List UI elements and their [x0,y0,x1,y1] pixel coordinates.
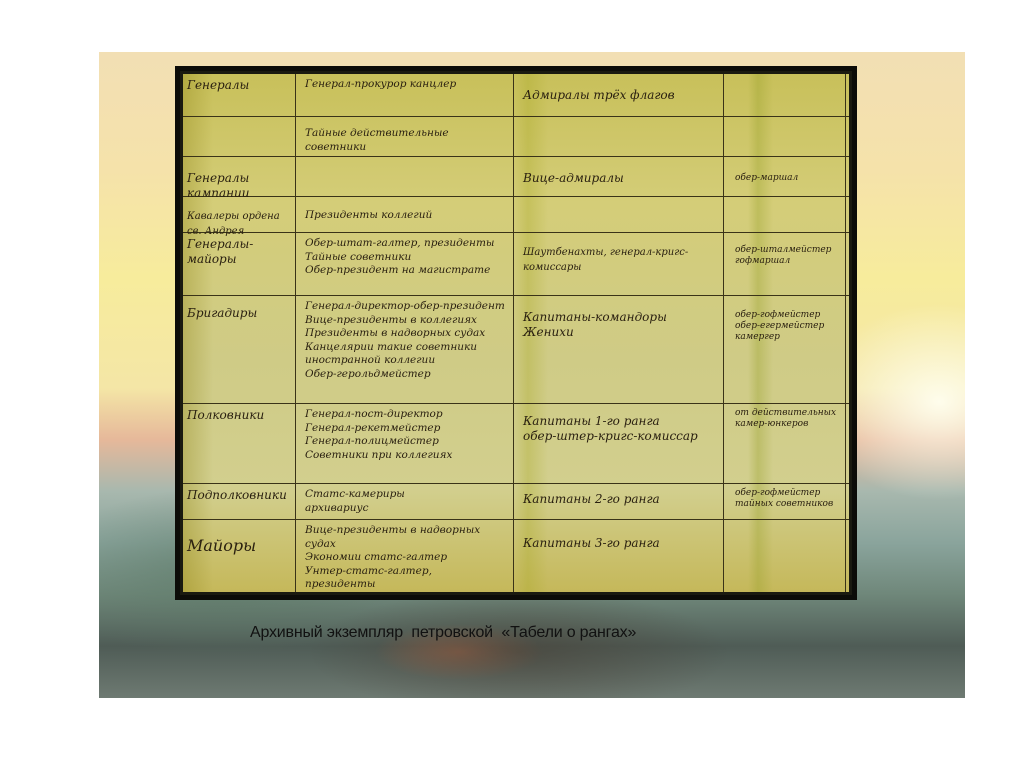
civil-rank: Президенты коллегий [305,209,505,223]
table-row: Тайные действительные советники [183,117,849,157]
civil-rank: Генерал-пост-директор Генерал-рекетмейст… [305,408,505,462]
military-rank: Полковники [187,408,295,423]
table-row: Генералы Генерал-прокурор канцлер Адмира… [183,74,849,117]
civil-rank: Вице-президенты в надворных судах Эконом… [305,524,505,592]
slide-caption: Архивный экземпляр петровской «Табели о … [250,624,790,642]
civil-rank: Генерал-директор-обер-президент Вице-пре… [305,300,505,381]
naval-rank: Адмиралы трёх флагов [523,88,723,103]
military-rank: Генералы [187,78,295,93]
table-row: Полковники Генерал-пост-директор Генерал… [183,404,849,484]
table-row: Подполковники Статс-камериры архивариус … [183,484,849,520]
table-row: Майоры Вице-президенты в надворных судах… [183,520,849,590]
table-row: Бригадиры Генерал-директор-обер-президен… [183,296,849,404]
naval-rank: Капитаны-командоры Женихи [523,310,723,340]
court-rank: обер-шталмейстер гофмаршал [735,245,845,267]
table-of-ranks-document: Генералы Генерал-прокурор канцлер Адмира… [183,74,849,592]
naval-rank: Шаутбенахты, генерал-кригс-комиссары [523,245,723,275]
civil-rank: Статс-камериры архивариус [305,488,505,515]
court-rank: обер-маршал [735,173,845,184]
military-rank: Подполковники [187,488,295,503]
court-rank: от действительных камер-юнкеров [735,408,845,430]
table-row: Кавалеры ордена св. Андрея Президенты ко… [183,197,849,233]
table-row: Генералы-майоры Обер-штат-галтер, презид… [183,233,849,296]
military-rank: Майоры [187,538,295,553]
court-rank: обер-гофмейстер тайных советников [735,488,845,510]
naval-rank: Капитаны 2-го ранга [523,492,723,507]
naval-rank: Капитаны 3-го ранга [523,536,723,551]
table-row: Генералы кампании Вице-адмиралы обер-мар… [183,157,849,197]
civil-rank: Генерал-прокурор канцлер [305,78,505,92]
naval-rank: Капитаны 1-го ранга обер-штер-кригс-коми… [523,414,723,444]
naval-rank: Вице-адмиралы [523,171,723,186]
military-rank: Генералы-майоры [187,237,295,267]
manuscript-photo: Генералы Генерал-прокурор канцлер Адмира… [175,66,857,600]
military-rank: Бригадиры [187,306,295,321]
civil-rank: Обер-штат-галтер, президенты Тайные сове… [305,237,505,278]
civil-rank: Тайные действительные советники [305,127,505,154]
court-rank: обер-гофмейстер обер-егермейстер камерге… [735,310,845,343]
